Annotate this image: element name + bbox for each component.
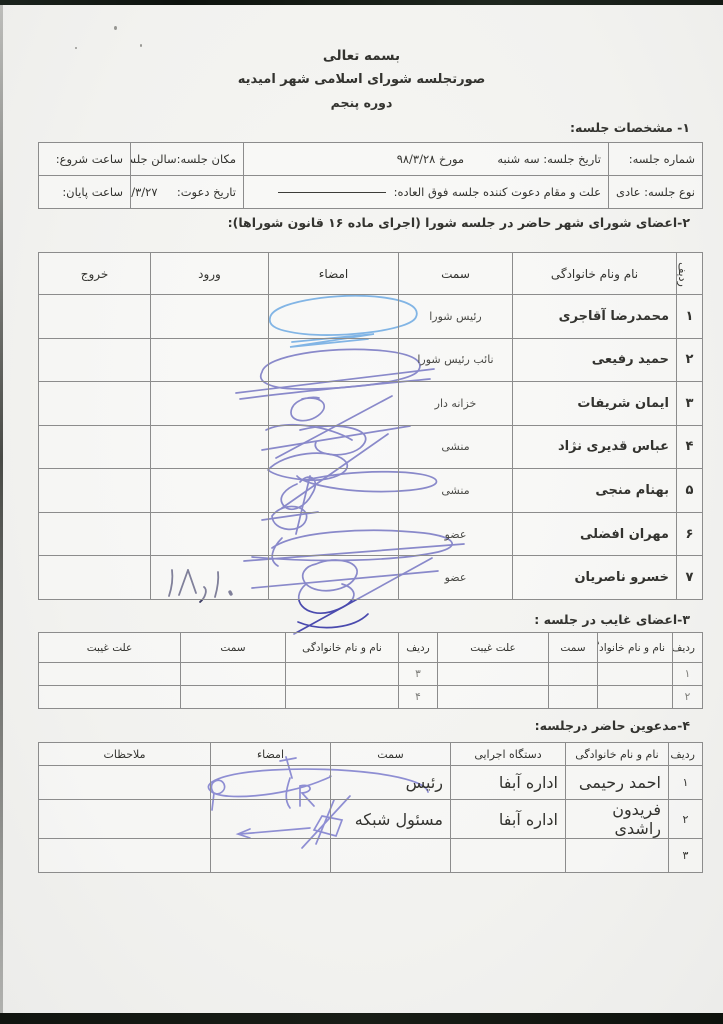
entry-cell: [151, 295, 269, 339]
notes-cell: [39, 800, 211, 839]
meeting-number-label: شماره جلسه:: [629, 152, 695, 166]
document-header: بسمه تعالی صورتجلسه شورای اسلامی شهر امی…: [0, 48, 723, 110]
present-members-table: ردیف نام ونام خانوادگی سمت امضاء ورود خر…: [38, 252, 703, 600]
invite-date-cell: تاریخ دعوت: ۹۸/۳/۲۷: [131, 176, 244, 209]
row-number: ۵: [677, 469, 703, 513]
member-row: ۳ ایمان شریفات خزانه دار: [39, 382, 703, 426]
scan-speck: [114, 26, 117, 30]
member-row: ۱ محمدرضا آقاجری رئیس شورا: [39, 295, 703, 339]
meeting-date-cell: تاریخ جلسه: سه شنبه مورخ ۹۸/۳/۲۸: [244, 143, 609, 176]
col-header-notes: ملاحظات: [39, 743, 211, 766]
table-header-row: ردیف نام و نام خانوادگی دستگاه اجرایی سم…: [39, 743, 703, 766]
row-number: ۴: [677, 425, 703, 469]
entry-cell: [151, 338, 269, 382]
col-header-name: نام ونام خانوادگی: [513, 253, 677, 295]
invite-date-value: ۹۸/۳/۲۷: [131, 185, 158, 199]
signature-cell: [269, 469, 399, 513]
signature-cell: [211, 766, 331, 800]
empty-cell: [181, 663, 286, 686]
exit-cell: [39, 469, 151, 513]
col-header-signature: امضاء: [211, 743, 331, 766]
row-number: ۲: [677, 338, 703, 382]
blank-line: [278, 192, 386, 193]
scan-edge-top: [0, 0, 723, 5]
empty-cell: [438, 663, 549, 686]
invitee-name: [566, 839, 669, 873]
signature-cell: [269, 382, 399, 426]
row-number: ۲: [673, 686, 703, 709]
col-header-position: سمت: [399, 253, 513, 295]
col-header-absence-reason: علت غیبت: [39, 633, 181, 663]
invite-date-label: تاریخ دعوت:: [177, 185, 236, 199]
empty-cell: [181, 686, 286, 709]
member-name: خسرو ناصریان: [513, 556, 677, 600]
row-number: ۷: [677, 556, 703, 600]
col-header-row-number: ردیف: [399, 633, 438, 663]
end-time-cell: ساعت پایان:: [39, 176, 131, 209]
col-header-position: سمت: [181, 633, 286, 663]
col-header-position: سمت: [549, 633, 598, 663]
start-time-cell: ساعت شروع: ۱۸: [39, 143, 131, 176]
invitees-table: ردیف نام و نام خانوادگی دستگاه اجرایی سم…: [38, 742, 703, 873]
invitee-position: رئیس: [331, 766, 451, 800]
signature-cell: [269, 556, 399, 600]
invitee-row: ۳: [39, 839, 703, 873]
absent-row: ۲ ۴: [39, 686, 703, 709]
meeting-number-cell: شماره جلسه: ۶۷: [609, 143, 703, 176]
meeting-number-value: ۶۷: [609, 152, 610, 166]
section2-heading: ۲-اعضای شورای شهر حاضر در جلسه شورا (اجر…: [228, 215, 690, 230]
empty-cell: [438, 686, 549, 709]
col-header-entry: ورود: [151, 253, 269, 295]
member-position: رئیس شورا: [399, 295, 513, 339]
meeting-date-label: تاریخ جلسه: سه شنبه: [497, 152, 601, 166]
member-position: عضو: [399, 556, 513, 600]
member-row: ۷ خسرو ناصریان عضو: [39, 556, 703, 600]
scan-edge-left: [0, 5, 3, 1013]
absent-members-table: ردیف نام و نام خانوادگی سمت علت غیبت ردی…: [38, 632, 703, 709]
col-header-position: سمت: [331, 743, 451, 766]
invitee-name: فریدون راشدی: [566, 800, 669, 839]
signature-cell: [211, 800, 331, 839]
section4-heading: ۴-مدعوین حاضر درجلسه:: [535, 718, 690, 733]
scan-speck: [140, 44, 142, 47]
member-position: عضو: [399, 512, 513, 556]
row-number: ۳: [677, 382, 703, 426]
entry-cell: [151, 469, 269, 513]
invitee-name: احمد رحیمی: [566, 766, 669, 800]
section1-heading: ۱- مشخصات جلسه:: [570, 120, 690, 135]
empty-cell: [39, 686, 181, 709]
member-row: ۲ حمید رفیعی نائب رئیس شورا: [39, 338, 703, 382]
member-row: ۵ بهنام منجی منشی: [39, 469, 703, 513]
meeting-location-cell: مکان جلسه:سالن جلسات شورا: [131, 143, 244, 176]
member-name: عباس قدیری نژاد: [513, 425, 677, 469]
invitee-agency: اداره آبفا: [451, 800, 566, 839]
empty-cell: [549, 686, 598, 709]
member-position: خزانه دار: [399, 382, 513, 426]
signature-cell: [211, 839, 331, 873]
notes-cell: [39, 839, 211, 873]
member-name: بهنام منجی: [513, 469, 677, 513]
empty-cell: [286, 686, 399, 709]
meeting-type-cell: نوع جلسه: عادی: [609, 176, 703, 209]
entry-cell: [151, 425, 269, 469]
empty-cell: [598, 663, 673, 686]
section3-heading: ۳-اعضای غایب در جلسه :: [534, 612, 690, 627]
extraordinary-reason-label: علت و مقام دعوت کننده جلسه فوق العاده:: [394, 185, 601, 199]
member-name: حمید رفیعی: [513, 338, 677, 382]
col-header-name: نام و نام خانوادگی: [286, 633, 399, 663]
row-number: ۳: [399, 663, 438, 686]
absent-row: ۱ ۳: [39, 663, 703, 686]
row-number: ۳: [669, 839, 703, 873]
col-header-absence-reason: علت غیبت: [438, 633, 549, 663]
signature-cell: [269, 338, 399, 382]
meeting-specs-table: شماره جلسه: ۶۷ تاریخ جلسه: سه شنبه مورخ …: [38, 142, 703, 209]
invitee-agency: اداره آبفا: [451, 766, 566, 800]
exit-cell: [39, 556, 151, 600]
exit-cell: [39, 425, 151, 469]
empty-cell: [286, 663, 399, 686]
council-term: دوره پنجم: [0, 95, 723, 110]
signature-cell: [269, 512, 399, 556]
col-header-row-number: ردیف: [669, 743, 703, 766]
col-header-name: نام و نام خانوادگی: [598, 633, 673, 663]
document-title: صورتجلسه شورای اسلامی شهر امیدیه: [0, 72, 723, 87]
table-row: شماره جلسه: ۶۷ تاریخ جلسه: سه شنبه مورخ …: [39, 143, 703, 176]
member-row: ۶ مهران افضلی عضو: [39, 512, 703, 556]
empty-cell: [39, 663, 181, 686]
invitee-agency: [451, 839, 566, 873]
col-header-exit: خروج: [39, 253, 151, 295]
exit-cell: [39, 338, 151, 382]
member-position: منشی: [399, 469, 513, 513]
scan-edge-bottom: [0, 1013, 723, 1024]
notes-cell: [39, 766, 211, 800]
col-header-row-number: ردیف: [673, 633, 703, 663]
invitee-row: ۱ احمد رحیمی اداره آبفا رئیس: [39, 766, 703, 800]
row-number: ۲: [669, 800, 703, 839]
signature-cell: [269, 425, 399, 469]
col-header-row-number: ردیف: [677, 253, 703, 295]
member-row: ۴ عباس قدیری نژاد منشی: [39, 425, 703, 469]
member-position: منشی: [399, 425, 513, 469]
exit-cell: [39, 382, 151, 426]
table-row: نوع جلسه: عادی علت و مقام دعوت کننده جلس…: [39, 176, 703, 209]
empty-cell: [549, 663, 598, 686]
extraordinary-reason-cell: علت و مقام دعوت کننده جلسه فوق العاده:: [244, 176, 609, 209]
row-number: ۴: [399, 686, 438, 709]
meeting-date-value: مورخ ۹۸/۳/۲۸: [397, 152, 464, 166]
row-number: ۱: [669, 766, 703, 800]
exit-cell: [39, 295, 151, 339]
table-header-row: ردیف نام و نام خانوادگی سمت علت غیبت ردی…: [39, 633, 703, 663]
scanned-minutes-page: بسمه تعالی صورتجلسه شورای اسلامی شهر امی…: [0, 0, 723, 1024]
member-position: نائب رئیس شورا: [399, 338, 513, 382]
entry-cell: [151, 382, 269, 426]
entry-cell: [151, 556, 269, 600]
member-name: ایمان شریفات: [513, 382, 677, 426]
signature-cell: [269, 295, 399, 339]
invitee-position: [331, 839, 451, 873]
row-number: ۱: [677, 295, 703, 339]
table-header-row: ردیف نام ونام خانوادگی سمت امضاء ورود خر…: [39, 253, 703, 295]
col-header-name: نام و نام خانوادگی: [566, 743, 669, 766]
member-name: محمدرضا آقاجری: [513, 295, 677, 339]
bismillah-line: بسمه تعالی: [0, 48, 723, 64]
exit-cell: [39, 512, 151, 556]
invitee-position: مسئول شبکه: [331, 800, 451, 839]
entry-cell: [151, 512, 269, 556]
col-header-signature: امضاء: [269, 253, 399, 295]
empty-cell: [598, 686, 673, 709]
member-name: مهران افضلی: [513, 512, 677, 556]
row-number: ۱: [673, 663, 703, 686]
row-number: ۶: [677, 512, 703, 556]
start-time-label: ساعت شروع:: [56, 152, 123, 166]
col-header-agency: دستگاه اجرایی: [451, 743, 566, 766]
invitee-row: ۲ فریدون راشدی اداره آبفا مسئول شبکه: [39, 800, 703, 839]
